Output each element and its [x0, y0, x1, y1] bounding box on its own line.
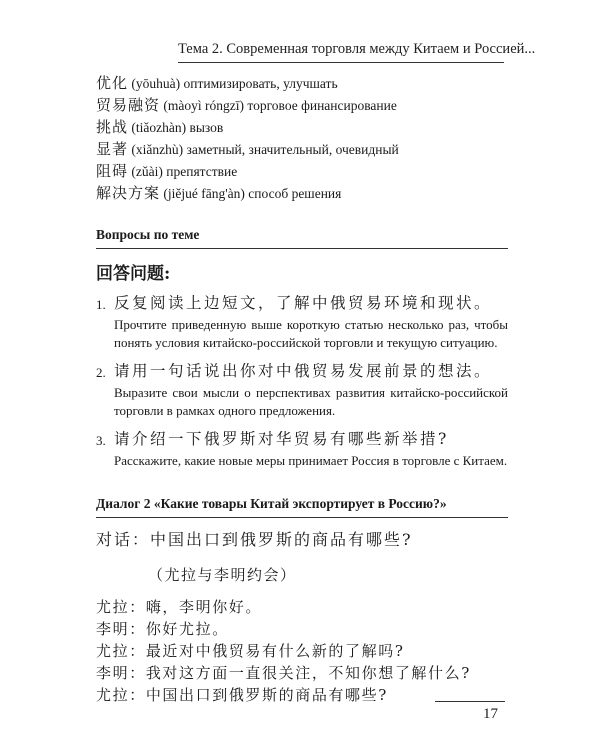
vocab-item: 挑战 (tiǎozhàn) вызов — [96, 116, 516, 138]
questions-section-title: Вопросы по теме — [96, 226, 508, 249]
dialog-text: 最近对中俄贸易有什么新的了解吗? — [146, 642, 405, 660]
vocab-ru: способ решения — [248, 186, 341, 201]
vocab-zh: 解决方案 — [96, 184, 160, 202]
questions-list: 1.反复阅读上边短文，了解中俄贸易环境和现状。 Прочтите приведе… — [96, 292, 508, 478]
dialog-line: 尤拉：最近对中俄贸易有什么新的了解吗? — [96, 640, 471, 662]
question-ru: Выразите свои мысли о перспективах разви… — [114, 384, 508, 420]
vocab-ru: заметный, значительный, очевидный — [187, 142, 399, 157]
vocab-item: 显著 (xiǎnzhù) заметный, значительный, оче… — [96, 138, 516, 160]
question-zh: 请介绍一下俄罗斯对华贸易有哪些新举措? — [114, 428, 449, 452]
question-zh: 请用一句话说出你对中俄贸易发展前景的想法。 — [114, 360, 492, 384]
dialog-speaker: 尤拉： — [96, 684, 146, 706]
question-item: 1.反复阅读上边短文，了解中俄贸易环境和现状。 Прочтите приведе… — [96, 292, 508, 352]
vocab-pinyin: (tiǎozhàn) — [131, 120, 186, 135]
question-item: 3.请介绍一下俄罗斯对华贸易有哪些新举措? Расскажите, какие … — [96, 428, 508, 470]
page-number: 17 — [483, 706, 498, 723]
vocab-pinyin: (zǔài) — [131, 164, 162, 179]
vocabulary-list: 优化 (yōuhuà) оптимизировать, улучшать 贸易融… — [96, 72, 516, 204]
dialog-speaker: 尤拉： — [96, 640, 146, 662]
vocab-ru: торговое финансирование — [247, 98, 397, 113]
dialog-speaker: 尤拉： — [96, 596, 146, 618]
vocab-zh: 贸易融资 — [96, 96, 160, 114]
vocab-pinyin: (màoyì róngzī) — [163, 98, 244, 113]
vocab-pinyin: (jiějué fāng'àn) — [163, 186, 245, 201]
dialog-line: 尤拉：中国出口到俄罗斯的商品有哪些? — [96, 684, 471, 706]
vocab-zh: 阻碍 — [96, 162, 128, 180]
question-number: 2. — [96, 360, 114, 384]
question-zh: 反复阅读上边短文，了解中俄贸易环境和现状。 — [114, 292, 492, 316]
vocab-pinyin: (yōuhuà) — [131, 76, 180, 91]
vocab-ru: препятствие — [166, 164, 237, 179]
vocab-zh: 优化 — [96, 74, 128, 92]
dialog-text: 嗨，李明你好。 — [146, 598, 262, 616]
dialog-line: 李明：我对这方面一直很关注，不知你想了解什么? — [96, 662, 471, 684]
vocab-ru: оптимизировать, улучшать — [184, 76, 338, 91]
question-ru: Расскажите, какие новые меры принимает Р… — [114, 452, 508, 470]
question-number: 1. — [96, 292, 114, 316]
vocab-zh: 挑战 — [96, 118, 128, 136]
dialog-speaker: 李明： — [96, 618, 146, 640]
dialog-lines: 尤拉：嗨，李明你好。 李明：你好尤拉。 尤拉：最近对中俄贸易有什么新的了解吗? … — [96, 596, 471, 706]
vocab-item: 优化 (yōuhuà) оптимизировать, улучшать — [96, 72, 516, 94]
questions-zh-heading: 回答问题: — [96, 259, 170, 284]
vocab-pinyin: (xiǎnzhù) — [131, 142, 183, 157]
dialog-line: 尤拉：嗨，李明你好。 — [96, 596, 471, 618]
footer-rule — [435, 701, 505, 702]
question-item: 2.请用一句话说出你对中俄贸易发展前景的想法。 Выразите свои мы… — [96, 360, 508, 420]
dialog-text: 我对这方面一直很关注，不知你想了解什么? — [146, 664, 471, 682]
dialog-text: 你好尤拉。 — [146, 620, 229, 638]
dialog-zh-title: 对话：中国出口到俄罗斯的商品有哪些? — [96, 527, 413, 550]
dialog-text: 中国出口到俄罗斯的商品有哪些? — [146, 686, 388, 704]
vocab-item: 贸易融资 (màoyì róngzī) торговое финансирова… — [96, 94, 516, 116]
dialog-line: 李明：你好尤拉。 — [96, 618, 471, 640]
question-ru: Прочтите приведенную выше короткую стать… — [114, 316, 508, 352]
vocab-zh: 显著 — [96, 140, 128, 158]
dialog-section-title: Диалог 2 «Какие товары Китай экспортируе… — [96, 495, 508, 518]
book-page: Тема 2. Современная торговля между Китае… — [0, 0, 600, 750]
dialog-speaker: 李明： — [96, 662, 146, 684]
running-head: Тема 2. Современная торговля между Китае… — [178, 40, 504, 63]
question-number: 3. — [96, 428, 114, 452]
vocab-item: 解决方案 (jiějué fāng'àn) способ решения — [96, 182, 516, 204]
vocab-item: 阻碍 (zǔài) препятствие — [96, 160, 516, 182]
dialog-note: （尤拉与李明约会） — [148, 564, 297, 585]
vocab-ru: вызов — [189, 120, 223, 135]
